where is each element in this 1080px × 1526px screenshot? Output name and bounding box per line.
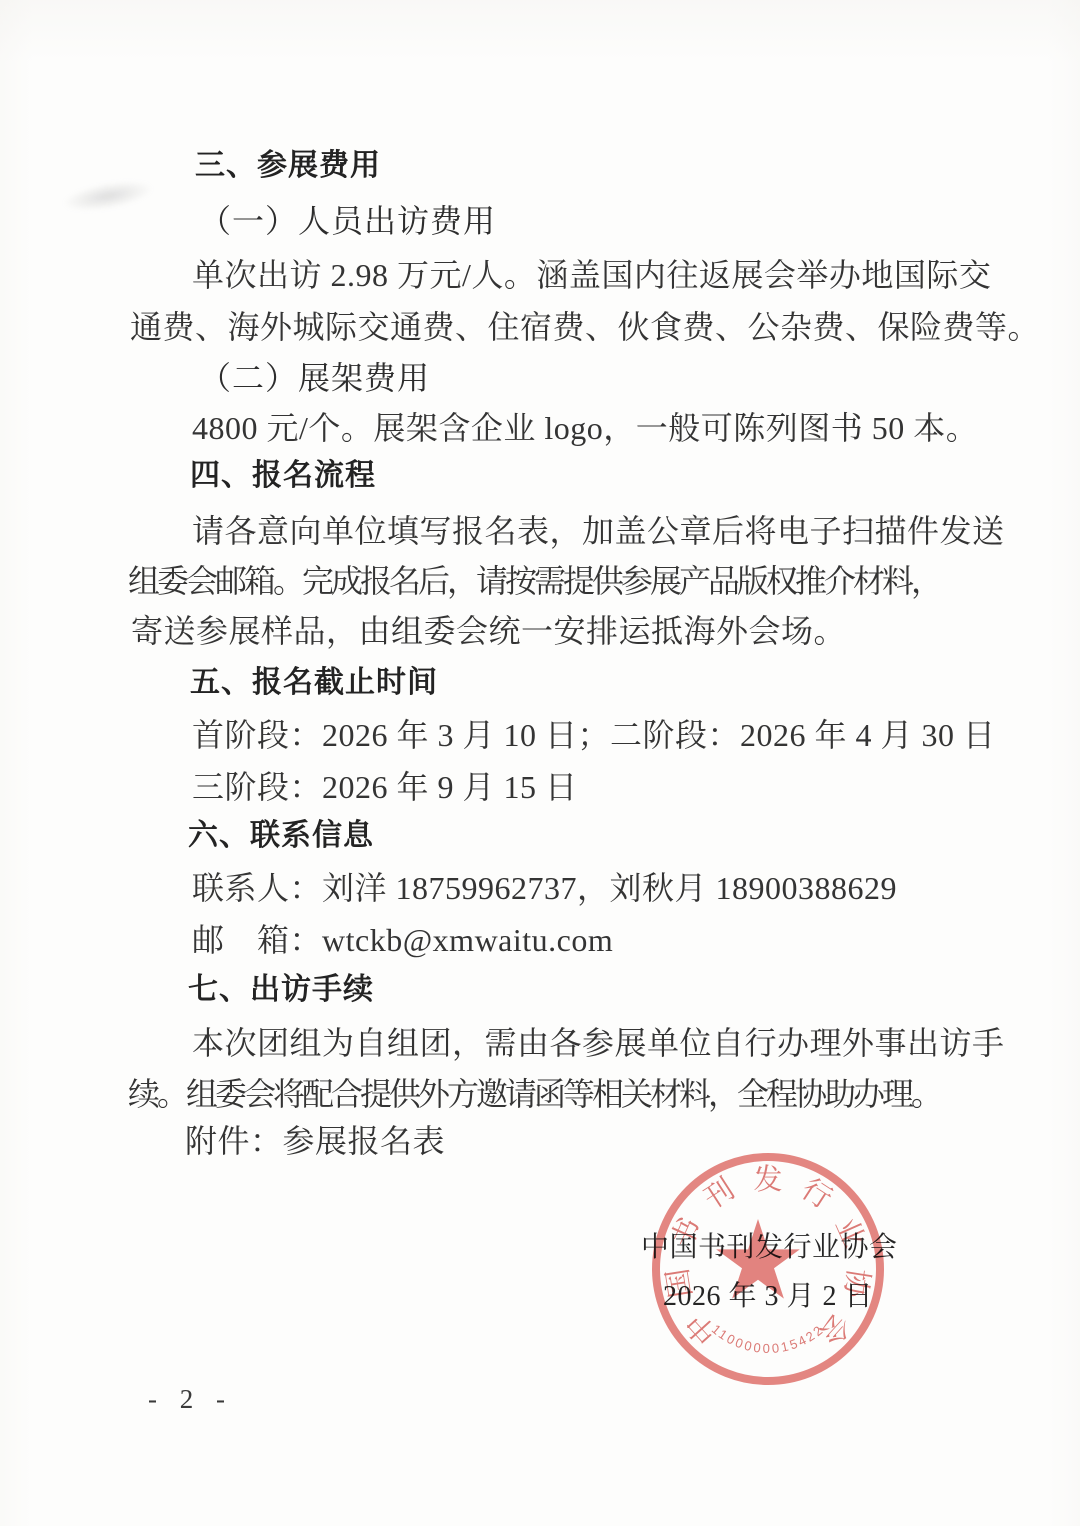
body-line: 寄送参展样品，由组委会统一安排运抵海外会场。: [131, 615, 846, 647]
scan-smudge: [60, 175, 155, 217]
body-line: 首阶段：2026 年 3 月 10 日；二阶段：2026 年 4 月 30 日: [192, 719, 996, 751]
attachment-line: 附件：参展报名表: [185, 1125, 445, 1157]
section-heading-3: 三、参展费用: [195, 151, 381, 181]
body-line: 续。组委会将配合提供外方邀请函等相关材料，全程协助办理。: [128, 1078, 940, 1110]
page-number: - 2 -: [148, 1386, 233, 1413]
subsection-heading-3-2: （二）展架费用: [199, 362, 430, 394]
body-line: 单次出访 2.98 万元/人。涵盖国内往返展会举办地国际交: [192, 259, 991, 291]
section-heading-7: 七、出访手续: [188, 975, 374, 1005]
document-page: 三、参展费用 （一）人员出访费用 单次出访 2.98 万元/人。涵盖国内往返展会…: [0, 0, 1080, 1526]
subsection-heading-3-1: （一）人员出访费用: [199, 205, 496, 237]
seal-number: 1100000015422: [709, 1321, 827, 1356]
official-seal-graphic: 中 国 书 刊 发 行 业 协 会 1100000015422: [645, 1146, 891, 1392]
body-line: 本次团组为自组团，需由各参展单位自行办理外事出访手: [192, 1027, 1005, 1059]
section-heading-6: 六、联系信息: [188, 821, 374, 851]
body-line: 4800 元/个。展架含企业 logo，一般可陈列图书 50 本。: [192, 412, 978, 444]
seal-number-text: 1100000015422: [709, 1321, 827, 1356]
section-heading-5: 五、报名截止时间: [190, 668, 438, 698]
contact-line: 联系人：刘洋 18759962737，刘秋月 18900388629: [192, 872, 897, 904]
seal-char: 发: [753, 1163, 782, 1196]
email-line: 邮 箱：wtckb@xmwaitu.com: [192, 924, 613, 956]
official-seal: 中 国 书 刊 发 行 业 协 会 1100000015422: [645, 1146, 891, 1392]
body-line: 组委会邮箱。完成报名后，请按需提供参展产品版权推介材料，: [128, 565, 940, 597]
seal-char: 国: [662, 1266, 698, 1300]
scan-tint-overlay: [0, 0, 1080, 1526]
body-line: 三阶段：2026 年 9 月 15 日: [192, 771, 578, 803]
seal-char: 协: [838, 1266, 875, 1301]
section-heading-4: 四、报名流程: [190, 461, 376, 491]
body-line: 请各意向单位填写报名表，加盖公章后将电子扫描件发送: [192, 515, 1005, 547]
star-icon: [716, 1219, 800, 1299]
body-line: 通费、海外城际交通费、住宿费、伙食费、公杂费、保险费等。: [130, 311, 1040, 343]
